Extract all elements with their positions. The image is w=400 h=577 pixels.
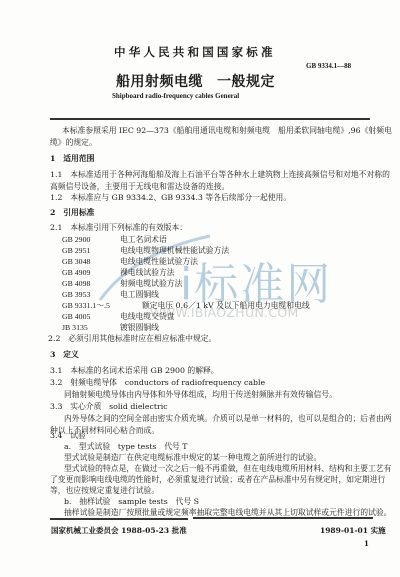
ref-title: 电工名词术语 — [120, 235, 167, 244]
ref-row: GB 3048电线电缆性能试验方法 — [62, 256, 198, 267]
approval-info: 国家机械工业委员会 1988-05-23 批准 — [51, 525, 187, 536]
section-1-1-line-2: 高频信号设备，主要用于无线电和雷达设备的连接。 — [50, 181, 229, 192]
ref-code: GB 2951 — [62, 245, 120, 256]
section-3-3-heading: 3.3 实心介质 solid dielectric — [50, 401, 168, 412]
ref-row: GB 9331.1～.5额定电压 0.6／1 kV 及以下船用电力电缆和电线 — [62, 300, 310, 311]
type-tests-heading: a. 型式试验 type tests 代号 T — [64, 441, 187, 452]
title-chinese: 船用射频电缆一般规定 — [116, 71, 275, 91]
type-tests-body-2: 型式试验的特点是，在做过一次之后一般不再重做，但在电线电缆所用材料、结构和主要工… — [64, 463, 391, 474]
type-tests-body-4: 等，也应按规定重复进行试验。 — [50, 485, 159, 496]
section-3-2-heading: 3.2 射频电缆导体 conductors of radiofrequency … — [50, 377, 265, 388]
ref-title: 电线电缆物理机械性能试验方法 — [120, 246, 229, 255]
ref-title: 电工圆铜线 — [120, 290, 159, 299]
header-divider — [50, 118, 370, 120]
section-3-3-body-1: 内外导体之间的空间全部由密实介质充填。介质可以是单一材料的，也可以是组合的；后者… — [64, 413, 391, 424]
title-part-1: 船用射频电缆 — [116, 74, 203, 90]
section-1-1-line-1: 1.1 本标准适用于各种河海船舶及海上石油平台等各种水上建筑物上连接高频信号和对… — [50, 169, 390, 180]
sample-tests-body-1: 抽样试验是制造厂按照批量或规定频率抽取完整电线电缆并从其上切取试样或元件进行的试… — [64, 507, 391, 518]
title-english: Shipboard radio-frequency cables General — [112, 92, 239, 100]
ref-row: GB 4909裸电线试验方法 — [62, 267, 175, 278]
ref-code: GB 4005 — [62, 311, 120, 322]
ref-title: 裸电线试验方法 — [120, 268, 175, 277]
standard-number: GB 9334.1—88 — [306, 62, 351, 70]
ref-code: GB 3953 — [62, 289, 120, 300]
section-2-2: 2.2 必须引用其他标准时应在相应标准中规定。 — [48, 333, 216, 344]
effective-date: 1989-01-01 实施 — [320, 525, 386, 536]
ref-row: GB 2951电线电缆物理机械性能试验方法 — [62, 245, 229, 256]
section-1-2: 1.2 本标准应与 GB 9334.2、GB 9334.3 等各后续部分一起使用… — [50, 192, 291, 203]
ref-row: GB 3953电工圆铜线 — [62, 289, 159, 300]
ref-code: GB 4909 — [62, 267, 120, 278]
section-3-4-heading: 3.4 试验 — [50, 430, 86, 441]
ref-code: GB 2900 — [62, 234, 120, 245]
ref-code: GB 4098 — [62, 278, 120, 289]
ref-title: 电线电缆性能试验方法 — [120, 257, 198, 266]
intro-line-2: 缆》的规定。 — [50, 137, 97, 148]
type-tests-body-1: 型式试验是制造厂在供定电缆标准中规定的某一种电缆之前所进行的试验。 — [64, 452, 321, 463]
section-3-1: 3.1 本标准的名词术语采用 GB 2900 的解释。 — [50, 365, 219, 376]
ref-title: 射频电缆试验方法 — [120, 279, 182, 288]
ref-row: JB 3135镀银圆铜线 — [62, 322, 159, 333]
ref-row: GB 4005电线电缆交货盘 — [62, 311, 175, 322]
ref-title: 额定电压 0.6／1 kV 及以下船用电力电缆和电线 — [142, 301, 310, 310]
section-3-heading: 3 定义 — [50, 349, 79, 360]
section-2-1: 2.1 本标准引用下列标准的有效版本： — [50, 222, 187, 233]
ref-code: JB 3135 — [62, 322, 120, 333]
type-tests-body-3: 了变更而影响电线电缆的性能时，必须重复进行试验；或者在产品标准中另有规定时，如定… — [50, 474, 385, 485]
ref-title: 镀银圆铜线 — [120, 323, 159, 332]
section-3-2-body: 同轴射频电缆导体由内导体和外导体组成，均用于传送射频脉并有效传输信号。 — [64, 389, 337, 400]
footer-divider-left — [50, 518, 188, 520]
page-number: 1 — [364, 539, 369, 548]
section-2-heading: 2 引用标准 — [50, 207, 94, 218]
sample-tests-heading: b. 抽样试验 sample tests 代号 S — [64, 496, 199, 507]
issuing-body: 中华人民共和国国家标准 — [114, 44, 276, 60]
ref-code: GB 9331.1～.5 — [62, 300, 142, 311]
ref-row: GB 4098射频电缆试验方法 — [62, 278, 182, 289]
ref-title: 电线电缆交货盘 — [120, 312, 175, 321]
ref-code: GB 3048 — [62, 256, 120, 267]
title-part-2: 一般规定 — [217, 74, 275, 90]
ref-row: GB 2900电工名词术语 — [62, 234, 167, 245]
intro-line-1: 本标准参照采用 IEC 92—373《船舶用通讯电缆和射频电缆 船用柔软同轴电缆… — [62, 125, 392, 136]
section-1-heading: 1 适用范围 — [50, 153, 94, 164]
